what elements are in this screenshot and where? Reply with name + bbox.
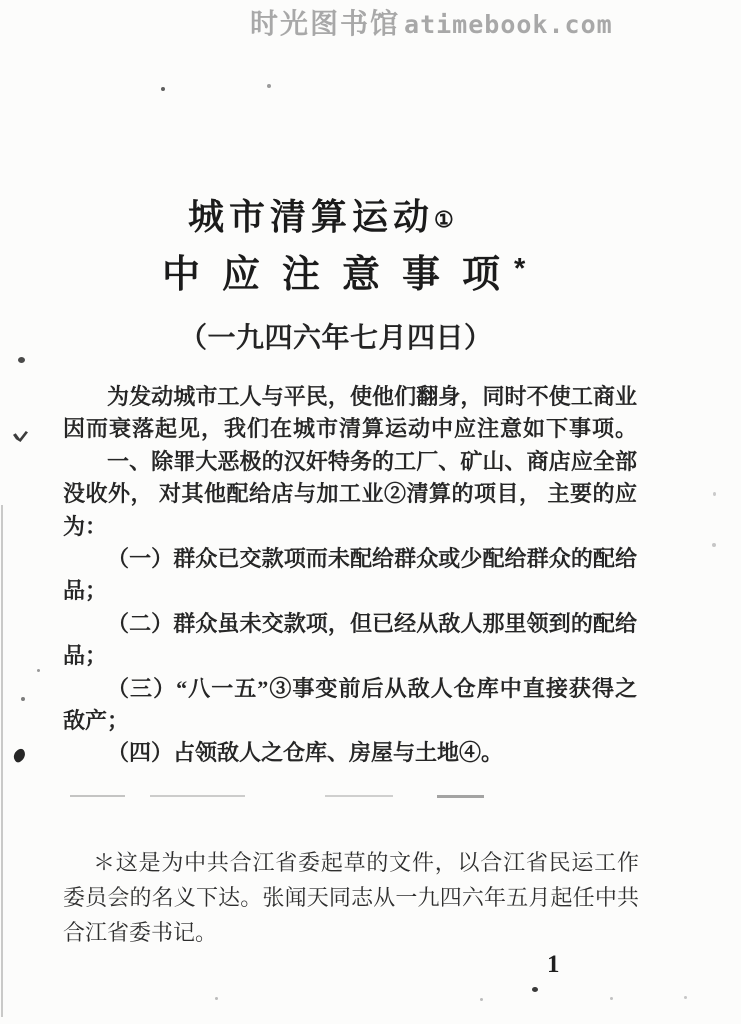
- footnote-ref-1: ①: [434, 207, 454, 232]
- scan-separator-dash: [437, 795, 484, 798]
- scan-speck: [713, 492, 716, 496]
- scan-speck: [532, 987, 538, 992]
- page-number: 1: [547, 951, 560, 979]
- scan-separator-dash: [325, 795, 393, 797]
- body-line: 因而衰落起见，我们在城市清算运动中应注意如下事项。: [63, 413, 637, 445]
- document-title-line1: 城市清算运动①: [188, 189, 454, 240]
- watermark-site-text: atimebook.com: [404, 10, 613, 39]
- document-footnote: ＊这是为中共合江省委起草的文件，以合江省民运工作 委员会的名义下达。张闻天同志从…: [63, 845, 639, 950]
- body-line: 敌产；: [63, 705, 637, 737]
- document-title-line2: 中应注意事项*: [162, 243, 525, 298]
- title-line2-text: 中应注意事项: [162, 254, 522, 296]
- scan-speck: [21, 697, 25, 701]
- title-line1-text: 城市清算运动: [188, 196, 434, 237]
- body-line: 品；: [63, 575, 637, 607]
- scan-speck: [712, 543, 716, 547]
- scan-speck: [37, 669, 40, 672]
- footnote-line: 委员会的名义下达。张闻天同志从一九四六年五月起任中共: [63, 880, 639, 915]
- scan-ink-blob: [11, 747, 28, 763]
- watermark-cn-text: 时光图书馆: [250, 8, 400, 39]
- scan-speck: [161, 87, 165, 91]
- footnote-line: 合江省委书记。: [63, 915, 639, 950]
- body-line: 为发动城市工人与平民，使他们翻身，同时不使工商业: [63, 381, 637, 413]
- body-line: （四）占领敌人之仓库、房屋与土地④。: [63, 737, 637, 769]
- body-line: （二）群众虽未交款项，但已经从敌人那里领到的配给: [63, 608, 637, 640]
- watermark: 时光图书馆 atimebook.com: [250, 2, 613, 42]
- document-date: （一九四六年七月四日）: [179, 316, 493, 356]
- scan-speck: [267, 84, 271, 88]
- scanned-document-page: 时光图书馆 atimebook.com 城市清算运动① 中应注意事项* （一九四…: [0, 0, 741, 1024]
- body-line: （三）“八一五”③事变前后从敌人仓库中直接获得之: [63, 673, 637, 705]
- body-line: 一、除罪大恶极的汉奸特务的工厂、矿山、商店应全部: [63, 446, 637, 478]
- scan-speck: [684, 996, 687, 999]
- scan-speck: [18, 357, 25, 363]
- body-line: 为：: [63, 511, 637, 543]
- scan-speck: [215, 997, 218, 1000]
- footnote-line: ＊这是为中共合江省委起草的文件，以合江省民运工作: [63, 845, 639, 880]
- body-line: （一）群众已交款项而未配给群众或少配给群众的配给: [63, 543, 637, 575]
- document-body: 为发动城市工人与平民，使他们翻身，同时不使工商业 因而衰落起见，我们在城市清算运…: [63, 381, 637, 770]
- body-line: 品；: [63, 640, 637, 672]
- scan-speck: [610, 997, 613, 1000]
- scan-ink-mark: [13, 431, 28, 442]
- scan-separator-dash: [150, 795, 245, 797]
- body-line: 没收外， 对其他配给店与加工业②清算的项目， 主要的应: [63, 478, 637, 510]
- scan-separator-dash: [70, 795, 125, 797]
- footnote-ref-star: *: [514, 253, 525, 285]
- scan-edge-line: [1, 505, 3, 1017]
- scan-speck: [480, 998, 483, 1001]
